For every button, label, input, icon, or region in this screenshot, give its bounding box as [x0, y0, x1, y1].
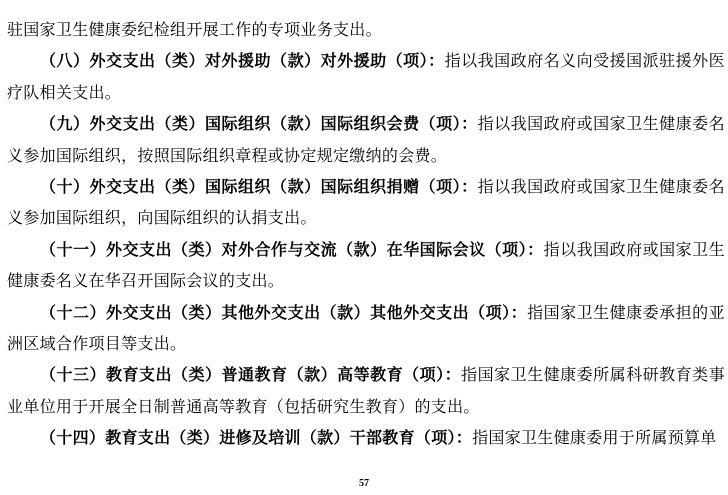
- paragraph-heading: （八）外交支出（类）对外援助（款）对外援助（项）：: [40, 53, 445, 70]
- paragraph: （十二）外交支出（类）其他外交支出（款）其他外交支出（项）：指国家卫生健康委承担…: [7, 298, 725, 361]
- paragraph-heading: （十三）教育支出（类）普通教育（款）高等教育（项）：: [40, 367, 461, 384]
- paragraph-heading: （十一）外交支出（类）对外合作与交流（款）在华国际会议（项）：: [40, 242, 544, 259]
- paragraph-heading: （九）外交支出（类）国际组织（款）国际组织会费（项）：: [40, 116, 478, 133]
- paragraph: （十一）外交支出（类）对外合作与交流（款）在华国际会议（项）：指以我国政府或国家…: [7, 235, 725, 298]
- paragraph-body: 指国家卫生健康委用于所属预算单: [472, 430, 717, 447]
- paragraph-heading: （十四）教育支出（类）进修及培训（款）干部教育（项）：: [40, 430, 472, 447]
- page-number: 57: [0, 478, 728, 489]
- paragraph-body: 驻国家卫生健康委纪检组开展工作的专项业务支出。: [7, 22, 382, 39]
- document-page: 驻国家卫生健康委纪检组开展工作的专项业务支出。 （八）外交支出（类）对外援助（款…: [0, 0, 728, 495]
- paragraph: 驻国家卫生健康委纪检组开展工作的专项业务支出。: [7, 15, 725, 46]
- paragraph-heading: （十）外交支出（类）国际组织（款）国际组织捐赠（项）：: [40, 179, 478, 196]
- page-content: 驻国家卫生健康委纪检组开展工作的专项业务支出。 （八）外交支出（类）对外援助（款…: [7, 15, 725, 455]
- paragraph: （十四）教育支出（类）进修及培训（款）干部教育（项）：指国家卫生健康委用于所属预…: [7, 423, 725, 454]
- paragraph-heading: （十二）外交支出（类）其他外交支出（款）其他外交支出（项）：: [40, 305, 527, 322]
- paragraph: （八）外交支出（类）对外援助（款）对外援助（项）：指以我国政府名义向受援国派驻援…: [7, 46, 725, 109]
- paragraph: （十三）教育支出（类）普通教育（款）高等教育（项）：指国家卫生健康委所属科研教育…: [7, 360, 725, 423]
- paragraph: （九）外交支出（类）国际组织（款）国际组织会费（项）：指以我国政府或国家卫生健康…: [7, 109, 725, 172]
- paragraph: （十）外交支出（类）国际组织（款）国际组织捐赠（项）：指以我国政府或国家卫生健康…: [7, 172, 725, 235]
